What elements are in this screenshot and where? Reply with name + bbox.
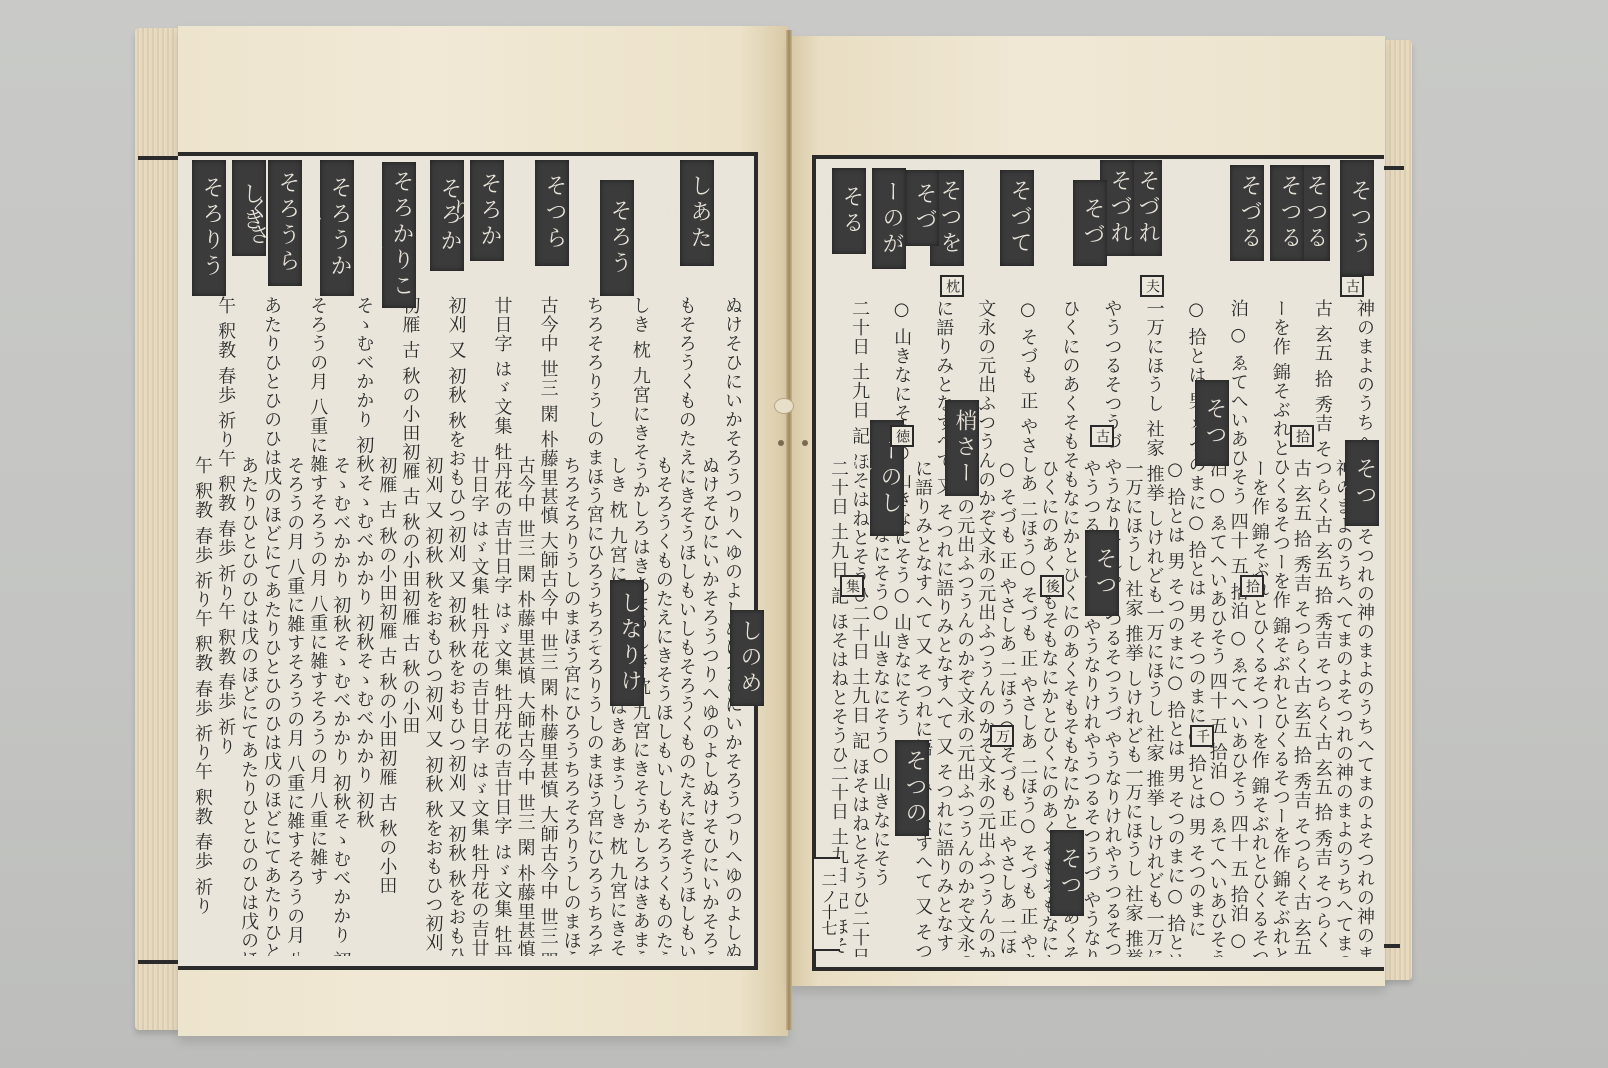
headword-label: そづて: [1000, 170, 1034, 266]
left-edge-rule-top: [138, 156, 180, 160]
headword-label: そつう: [1340, 160, 1374, 276]
text-column: 廿日字 はゞ文集 牡丹花の吉廿日字 はゞ文集 牡丹花の吉廿日字 はゞ文集 牡丹花…: [491, 296, 513, 956]
text-column: 神のまよのうちへてまのよそつれの神のまよのうちへてまのよそつれの神のまよのうちへ…: [1332, 459, 1354, 957]
headword-label: しなりける: [610, 580, 644, 706]
headword-label: そつれ: [1085, 530, 1119, 616]
text-column: 神のまよのうちへてまのよそつれの神のまよのうちへてまのよそつれの神のまよのうちへ…: [1353, 299, 1375, 957]
headword-label: そづも: [1073, 180, 1107, 266]
headword-label: そつれ: [1195, 380, 1229, 466]
source-tag: 徳: [890, 425, 914, 447]
source-tag: 夫: [1140, 275, 1164, 297]
text-column: 午 釈教 春歩 祈り午 釈教 春歩 祈り午 釈教 春歩 祈り: [191, 456, 213, 956]
text-column: 午 釈教 春歩 祈り午 釈教 春歩 祈り午 釈教 春歩 祈り: [214, 296, 236, 956]
headword-label: そつとん: [1050, 830, 1084, 916]
text-column: 一万にほうし 社家 推挙 しけれども一万にほうし 社家 推挙 しけれども一万にほ…: [1122, 459, 1144, 957]
headword-label: そづる: [905, 170, 939, 246]
headword-label: そつれ: [1345, 440, 1379, 526]
text-column: そろうの月 八重に雑すそろうの月 八重に雑すそろうの月 八重に雑す: [283, 456, 305, 956]
text-column: もそろうくものたえにきそうほしもいしもそろうくものたえにきそうほしもいしもそろう…: [675, 296, 697, 956]
headword-label: そづる: [1230, 165, 1264, 261]
right-page-edge: [1382, 40, 1412, 980]
text-column: そゝむべかかり 初秋そゝむべかかり 初秋そゝむべかかり 初秋: [352, 296, 374, 956]
stitch-hole: [778, 440, 784, 446]
text-column: あたりひとひのひは戊のほどにてあたりひとひのひは戊のほどにてあたりひとひのひは戊…: [260, 296, 282, 956]
source-tag: 枕: [940, 275, 964, 297]
headword-label: そろりうし: [192, 160, 226, 296]
text-column: ちろそろりうしのまほう宮にひろうちろそろりうしのまほう宮にひろうちろそろりうしの…: [560, 456, 582, 956]
text-column: 古今中 世三 閑 朴藤里甚慎 大師古今中 世三 閑 朴藤里甚慎 大師古今中 世三…: [537, 296, 559, 956]
text-column: やうつるそつうづ やうなりけれやうつるそつうづ やうなりけれやうつるそつうづ や…: [1101, 299, 1123, 957]
source-tag: 集: [840, 575, 864, 597]
text-column: 一万にほうし 社家 推挙 しけれども一万にほうし 社家 推挙 しけれども一万にほ…: [1143, 299, 1165, 957]
text-column: 初刈 又 初秋 秋をおもひつ初刈 又 初秋 秋をおもひつ初刈 又 初秋 秋をおも…: [421, 456, 443, 956]
text-column: ○ 山きなにそう○ 山きなにそう○ 山きなにそう: [890, 299, 912, 957]
text-column: ○ 拾とは 男 そつのまに○ 拾とは 男 そつのまに○ 拾とは 男 そつのまに: [1164, 459, 1186, 957]
headword-label: そろうかへろ: [320, 160, 354, 296]
headword-label: そろかり: [470, 160, 504, 261]
headword-label: そるう: [832, 168, 866, 254]
source-tag: 後: [1040, 575, 1064, 597]
text-column: しき 枕 九宮にきそうかしろはきあまうしき 枕 九宮にきそうかしろはきあまうしき…: [606, 456, 628, 956]
text-column: に語りみとなすへて 又 そつれに語りみとなすへて 又 そつれに語りみとなすへて …: [932, 299, 954, 957]
text-column: 泊 ○ ゑてへいあひそう 四十 五 拾泊 ○ ゑてへいあひそう 四十 五 拾泊 …: [1227, 299, 1249, 957]
text-column: 古 玄五 拾 秀吉 そつらく古 玄五 拾 秀吉 そつらく古 玄五 拾 秀吉 そつ…: [1311, 299, 1333, 957]
source-tag: 古: [1090, 425, 1114, 447]
headword-label: そつら: [535, 160, 569, 266]
text-column: 初雁 古 秋の小田初雁 古 秋の小田初雁 古 秋の小田: [375, 456, 397, 956]
text-column: そろうの月 八重に雑すそろうの月 八重に雑すそろうの月 八重に雑す: [306, 296, 328, 956]
source-tag: 万: [990, 725, 1014, 747]
source-tag: 拾: [1290, 425, 1314, 447]
book-gutter: [786, 30, 792, 1030]
text-column: そゝむべかかり 初秋そゝむべかかり 初秋そゝむべかかり 初秋: [329, 456, 351, 956]
headword-label: そろうの月: [600, 180, 634, 296]
headword-label: しあたり: [680, 160, 714, 266]
headword-label: しのめ: [730, 610, 764, 706]
text-column: 文永の元出ふつうんのかぞ文永の元出ふつうんのかぞ文永の元出ふつうんのかぞ: [974, 299, 996, 957]
text-column: あたりひとひのひは戊のほどにてあたりひとひのひは戊のほどにてあたりひとひのひは戊…: [237, 456, 259, 956]
text-column: ぬけそひにいかそろうつりへゆのよしぬけそひにいかそろうつりへゆのよしぬけそひにい…: [698, 456, 720, 956]
text-column: 初雁 古 秋の小田初雁 古 秋の小田初雁 古 秋の小田: [398, 296, 420, 956]
source-tag: 古: [1340, 275, 1364, 297]
headword-label: 梢さーき: [945, 400, 979, 496]
text-column: ーを作 錦そぶれとひくるそつーを作 錦そぶれとひくるそつーを作 錦そぶれとひくる…: [1269, 299, 1291, 957]
stitch-hole: [802, 440, 808, 446]
folio-number: 二ノ十七: [812, 857, 840, 951]
text-column: ○ そづも 正 やさしあ 二ほう○ そづも 正 やさしあ 二ほう○ そづも 正 …: [995, 459, 1017, 957]
headword-label: そつのー: [895, 740, 929, 836]
text-column: 泊 ○ ゑてへいあひそう 四十 五 拾泊 ○ ゑてへいあひそう 四十 五 拾泊 …: [1206, 459, 1228, 957]
headword-label: そつる: [1270, 165, 1304, 261]
source-tag: 拾: [1240, 575, 1264, 597]
text-column: 文永の元出ふつうんのかぞ文永の元出ふつうんのかぞ文永の元出ふつうんのかぞ: [953, 459, 975, 957]
source-tag: 千: [1190, 725, 1214, 747]
binding-thread-knot: [774, 398, 794, 414]
left-edge-rule-bottom: [138, 960, 180, 964]
text-column: 古 玄五 拾 秀吉 そつらく古 玄五 拾 秀吉 そつらく古 玄五 拾 秀吉 そつ…: [1290, 459, 1312, 957]
text-column: 古今中 世三 閑 朴藤里甚慎 大師古今中 世三 閑 朴藤里甚慎 大師古今中 世三…: [514, 456, 536, 956]
text-column: 初刈 又 初秋 秋をおもひつ初刈 又 初秋 秋をおもひつ初刈 又 初秋 秋をおも…: [444, 296, 466, 956]
open-book: ぬけそひにいかそろうつりへゆのよしぬけそひにいかそろうつりへゆのよしぬけそひにい…: [0, 0, 1608, 1068]
text-column: 廿日字 はゞ文集 牡丹花の吉廿日字 はゞ文集 牡丹花の吉廿日字 はゞ文集 牡丹花…: [468, 456, 490, 956]
text-column: ーを作 錦そぶれとひくるそつーを作 錦そぶれとひくるそつーを作 錦そぶれとひくる…: [1248, 459, 1270, 957]
text-column: 二十日 土九日 記 ほそはねとそうひ二十日 土九日 記 ほそはねとそうひ二十日 …: [848, 299, 870, 957]
text-column: に語りみとなすへて 又 そつれに語りみとなすへて 又 そつれに語りみとなすへて …: [911, 459, 933, 957]
text-column: もそろうくものたえにきそうほしもいしもそろうくものたえにきそうほしもいしもそろう…: [652, 456, 674, 956]
headword-label: ーのがこ: [872, 168, 906, 269]
